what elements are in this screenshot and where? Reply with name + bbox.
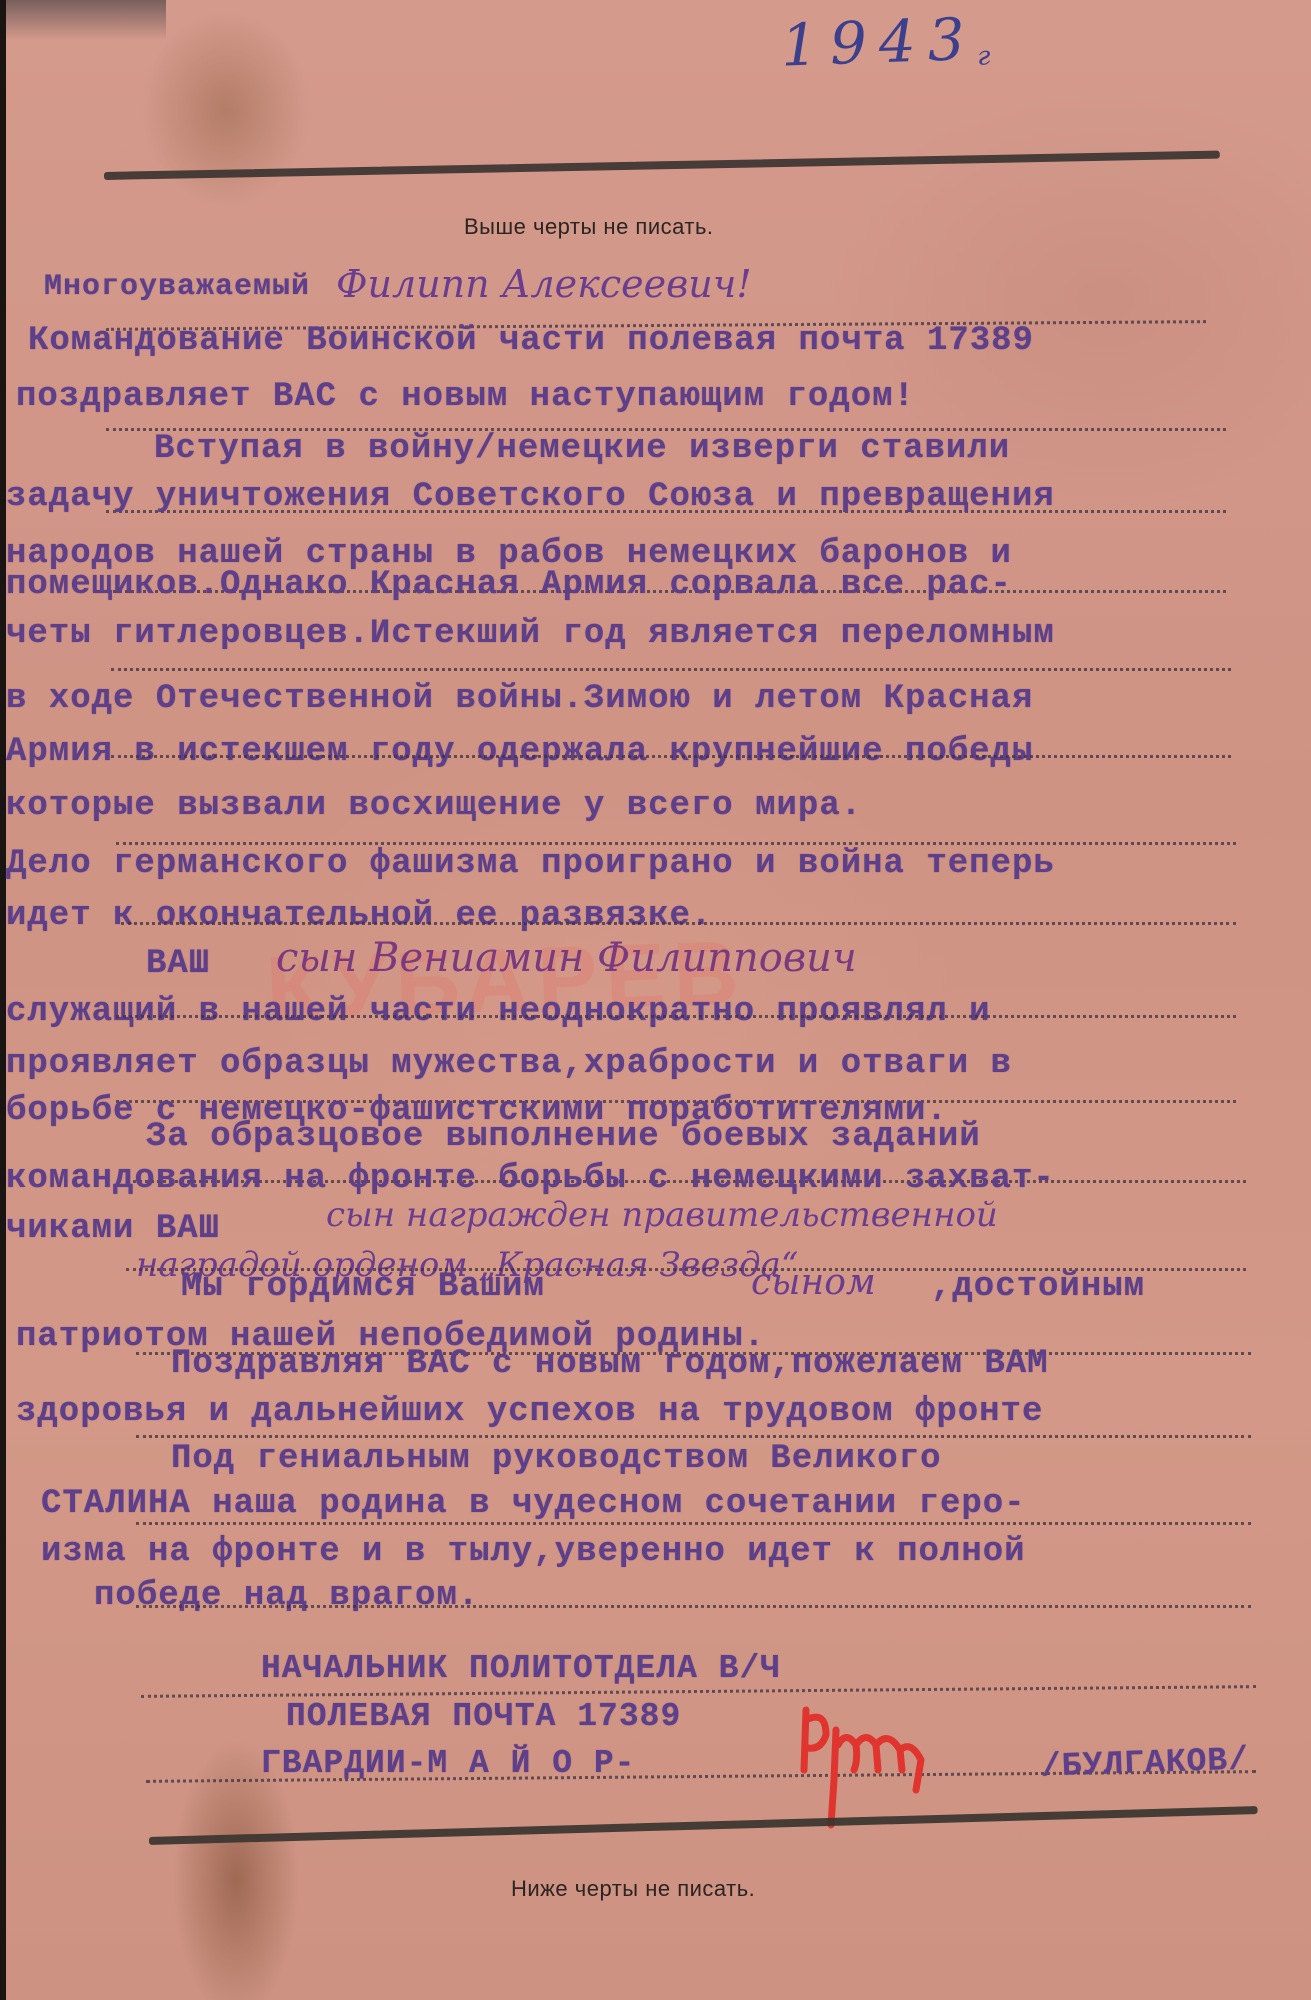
body-line: Армия в истекшем году одержала крупнейши… [6, 733, 1033, 771]
body-line: четы гитлеровцев.Истекший год является п… [6, 615, 1055, 653]
body-line: Под гениальным руководством Великого [171, 1440, 942, 1478]
dotted-line [136, 1435, 1251, 1438]
body-line: проявляет образцы мужества,храбрости и о… [6, 1045, 1012, 1083]
dotted-line [111, 668, 1231, 671]
body-line: поздравляет ВАС с новым наступающим годо… [16, 378, 915, 416]
body-line: победе над врагом. [94, 1577, 479, 1615]
year-text: 1943 [780, 5, 978, 80]
body-line: Поздравляя ВАС с новым годом,пожелаем ВА… [171, 1345, 1049, 1383]
top-printed-rule [104, 151, 1220, 180]
body-line: здоровья и дальнейших успехов на трудово… [16, 1393, 1043, 1431]
red-pencil-signature [796, 1690, 996, 1830]
dotted-line [121, 922, 1236, 925]
dotted-line [141, 1685, 1256, 1698]
son-line-handwritten: сын Вениамин Филиппович [276, 935, 857, 981]
body-line: идет к окончательной ее развязке. [6, 897, 712, 935]
award-line-handwritten: сын награжден правительственной [326, 1195, 998, 1235]
handwritten-year: 1943г [780, 4, 991, 79]
edge-stain [6, 0, 166, 40]
body-line: служащий в нашей части неоднократно проя… [6, 993, 991, 1031]
signature-name: /БУЛГАКОВ/ [1040, 1741, 1249, 1785]
salutation-handwritten-name: Филипп Алексеевич! [336, 262, 752, 306]
dotted-line [116, 1015, 1236, 1018]
proud-line-printed-end: ,достойным [931, 1268, 1145, 1306]
signature-rank: ГВАРДИИ-М А Й О Р- [261, 1745, 635, 1782]
dotted-line [136, 1522, 1251, 1525]
body-line: СТАЛИНА наша родина в чудесном сочетании… [41, 1485, 1026, 1523]
note-below-line: Ниже черты не писать. [511, 1876, 755, 1902]
body-line: За образцовое выполнение боевых заданий [146, 1118, 981, 1156]
dotted-line [136, 1605, 1251, 1608]
body-line: в ходе Отечественной войны.Зимою и летом… [6, 680, 1033, 718]
letter-sheet: 1943г Выше черты не писать. КУБАРЕВ Мног… [6, 0, 1311, 2000]
body-line: Командование Воинской части полевая почт… [28, 322, 1034, 360]
year-suffix: г [977, 41, 991, 71]
note-above-line: Выше черты не писать. [464, 214, 714, 240]
signature-title-line-2: ПОЛЕВАЯ ПОЧТА 17389 [286, 1698, 681, 1735]
salutation-printed: Многоуважаемый [44, 270, 310, 304]
body-line: Вступая в войну/немецкие изверги ставили [154, 430, 1010, 468]
son-line-printed: ВАШ [146, 945, 210, 983]
body-line: командования на фронте борьбы с немецким… [6, 1160, 1055, 1198]
proud-line-handwritten: сыном [751, 1262, 876, 1303]
body-line: Дело германского фашизма проиграно и вой… [6, 845, 1055, 883]
bottom-printed-rule [149, 1806, 1258, 1845]
award-line-printed: чиками ВАШ [6, 1210, 220, 1248]
body-line: изма на фронте и в тылу,уверенно идет к … [41, 1533, 1026, 1571]
body-line: которые вызвали восхищение у всего мира. [6, 787, 862, 825]
body-line: задачу уничтожения Советского Союза и пр… [6, 478, 1055, 516]
body-line: помещиков.Однако Красная Армия сорвала в… [6, 566, 1012, 604]
proud-line-printed-start: Мы гордимся Вашим [181, 1268, 545, 1306]
signature-title-line-1: НАЧАЛЬНИК ПОЛИТОТДЕЛА В/Ч [261, 1650, 781, 1687]
dotted-line [111, 755, 1231, 758]
